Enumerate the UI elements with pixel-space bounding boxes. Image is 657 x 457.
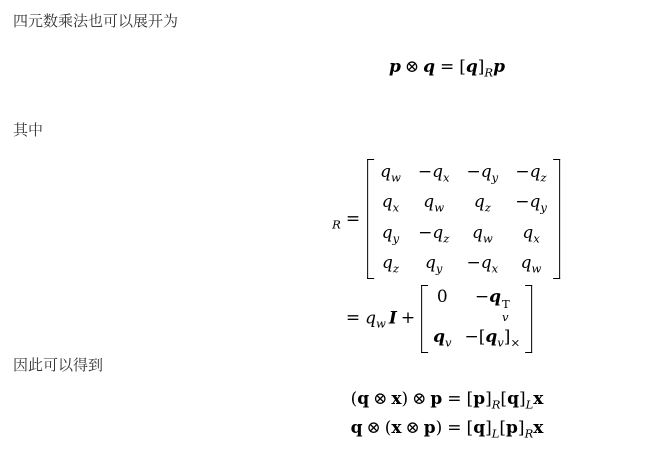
math-token: −	[515, 192, 529, 212]
math-token: q	[485, 327, 497, 347]
math-token: p	[424, 418, 436, 438]
math-token: q	[365, 308, 376, 328]
math-token: =	[442, 389, 466, 409]
math-token: =	[442, 418, 466, 438]
paragraph-where: 其中	[13, 122, 43, 140]
math-token: q	[433, 327, 445, 347]
math-token: q	[351, 418, 363, 438]
math-token: q	[474, 192, 485, 212]
math-token: L	[526, 397, 534, 411]
math-token: q	[425, 253, 436, 273]
math-token: w	[376, 317, 386, 331]
math-token: [	[467, 389, 474, 409]
matrix-cell: qy	[418, 253, 450, 276]
math-token: q	[432, 162, 443, 182]
matrix-cell: qx	[515, 223, 547, 246]
math-token: −	[418, 162, 432, 182]
matrix: 0−qTvqv−[qv]×	[421, 285, 532, 353]
math-token: q	[382, 223, 393, 243]
math-token: −	[475, 287, 489, 307]
math-token: p	[473, 389, 485, 409]
math-token: z	[443, 231, 449, 245]
matrix-cell: qz	[467, 192, 499, 215]
matrix-cell: −[qv]×	[464, 327, 520, 350]
math-token: =	[341, 308, 365, 328]
math-token: R	[484, 65, 493, 79]
math-token: x	[393, 201, 400, 215]
math-token: +	[397, 308, 419, 328]
subsup-script: Tv	[502, 298, 510, 325]
math-token: −	[467, 162, 481, 182]
math-token: [	[467, 418, 474, 438]
math-token: −	[515, 162, 529, 182]
math-token: q	[432, 223, 443, 243]
paragraph-intro: 四元数乘法也可以展开为	[13, 13, 178, 31]
math-token: q	[522, 223, 533, 243]
math-token: −	[467, 253, 481, 273]
math-token: ⊗	[402, 418, 424, 438]
matrix-bracket-left	[421, 285, 428, 353]
math-token: q	[472, 223, 483, 243]
math-token: −	[418, 223, 432, 243]
math-token: x	[492, 261, 499, 275]
matrix-cell: qw	[418, 192, 450, 215]
equation-lhs: (q⊗x)⊗p	[351, 389, 443, 409]
math-token: −	[464, 327, 478, 347]
matrix-cell: −qx	[467, 253, 499, 276]
math-token: ⊗	[362, 418, 384, 438]
matrix-cell: qy	[380, 223, 401, 246]
math-token: )	[402, 389, 409, 409]
equation-rhs: =qw−qx−qy−qzqxqwqz−qyqy−qzqwqxqzqy−qxqw	[341, 159, 562, 279]
math-token: q	[423, 192, 434, 212]
math-token: y	[436, 261, 443, 275]
equation-triple-products: (q⊗x)⊗p=[p]R[q]Lxq⊗(x⊗p)=[q]L[p]Rx	[351, 389, 544, 442]
superscript: T	[502, 298, 510, 311]
math-token: p	[389, 57, 401, 77]
math-token: q	[357, 389, 369, 409]
math-token: z	[541, 170, 547, 184]
math-token: q	[489, 287, 501, 307]
equation-lhs: q⊗(x⊗p)	[351, 418, 443, 438]
math-token: I	[389, 308, 397, 328]
document-page: 四元数乘法也可以展开为 p⊗q=[q]Rp 其中 R=qw−qx−qy−qzqx…	[0, 0, 657, 457]
math-token: q	[473, 418, 485, 438]
math-token: q	[530, 162, 541, 182]
equation-rhs: =qwI+0−qTvqv−[qv]×	[341, 285, 534, 353]
matrix-grid: qw−qx−qy−qzqxqwqz−qyqy−qzqwqxqzqy−qxqw	[374, 159, 553, 279]
matrix-cell: qw	[515, 253, 547, 276]
matrix-cell: −qz	[418, 223, 450, 246]
matrix-cell: qv	[433, 327, 451, 350]
matrix-cell: −qx	[418, 162, 450, 185]
matrix-cell: qx	[380, 192, 401, 215]
equation-lhs: R	[332, 209, 341, 232]
math-token: w	[532, 261, 542, 275]
math-token: x	[533, 231, 540, 245]
matrix-cell: −qz	[515, 162, 547, 185]
math-token: p	[493, 57, 505, 77]
matrix-cell: 0	[433, 287, 451, 307]
math-token: q	[481, 253, 492, 273]
math-token: q	[466, 57, 478, 77]
math-token: w	[434, 201, 444, 215]
math-token: [	[459, 57, 466, 77]
math-token: ⊗	[408, 389, 430, 409]
math-token: ]	[519, 389, 526, 409]
matrix-cell: qw	[380, 162, 401, 185]
equation-rhs: =[p]R[q]Lx	[442, 389, 543, 412]
math-token: q	[507, 389, 519, 409]
subscript: v	[502, 311, 509, 324]
math-token: =	[341, 209, 365, 229]
matrix-bracket-right	[525, 285, 532, 353]
matrix: qw−qx−qy−qzqxqwqz−qyqy−qzqwqxqzqy−qxqw	[367, 159, 560, 279]
math-token: ×	[510, 336, 520, 350]
math-token: 0	[437, 287, 448, 307]
math-token: x	[533, 389, 543, 409]
math-token: x	[533, 418, 543, 438]
math-token: p	[430, 389, 442, 409]
math-token: x	[391, 418, 401, 438]
math-token: )	[436, 418, 443, 438]
matrix-cell: −qTv	[464, 287, 520, 324]
math-token: q	[380, 162, 391, 182]
math-token: ⊗	[369, 389, 391, 409]
math-token: R	[492, 397, 501, 411]
math-token: q	[521, 253, 532, 273]
math-token: w	[391, 170, 401, 184]
math-token: ⊗	[401, 57, 423, 77]
matrix-cell: qw	[467, 223, 499, 246]
matrix-cell: qz	[380, 253, 401, 276]
math-token: =	[435, 57, 459, 77]
math-token: w	[483, 231, 493, 245]
math-token: q	[423, 57, 435, 77]
math-token: q	[481, 162, 492, 182]
math-token: x	[391, 389, 401, 409]
math-token: y	[540, 201, 547, 215]
math-token: p	[506, 418, 518, 438]
math-token: R	[525, 427, 534, 441]
math-token: x	[443, 170, 450, 184]
math-token: q	[382, 253, 393, 273]
math-token: L	[492, 427, 500, 441]
math-token: v	[445, 336, 452, 350]
math-token: (	[351, 389, 358, 409]
math-token: z	[485, 201, 491, 215]
matrix-cell: −qy	[515, 192, 547, 215]
math-token: q	[382, 192, 393, 212]
matrix-bracket-right	[553, 159, 560, 279]
equation-quaternion-expansion: p⊗q=[q]Rp	[389, 57, 505, 80]
math-token: ]	[518, 418, 525, 438]
math-token: R	[332, 217, 341, 231]
math-token: y	[393, 231, 400, 245]
equation-rhs: =[q]L[p]Rx	[442, 418, 543, 441]
math-token: (	[385, 418, 392, 438]
paragraph-therefore: 因此可以得到	[13, 357, 103, 375]
math-token: y	[492, 170, 499, 184]
matrix-bracket-left	[367, 159, 374, 279]
equation-r-matrix: R=qw−qx−qy−qzqxqwqz−qyqy−qzqwqxqzqy−qxqw…	[332, 159, 562, 353]
matrix-grid: 0−qTvqv−[qv]×	[428, 285, 525, 353]
math-token: q	[529, 192, 540, 212]
matrix-cell: −qy	[467, 162, 499, 185]
math-token: z	[393, 261, 399, 275]
